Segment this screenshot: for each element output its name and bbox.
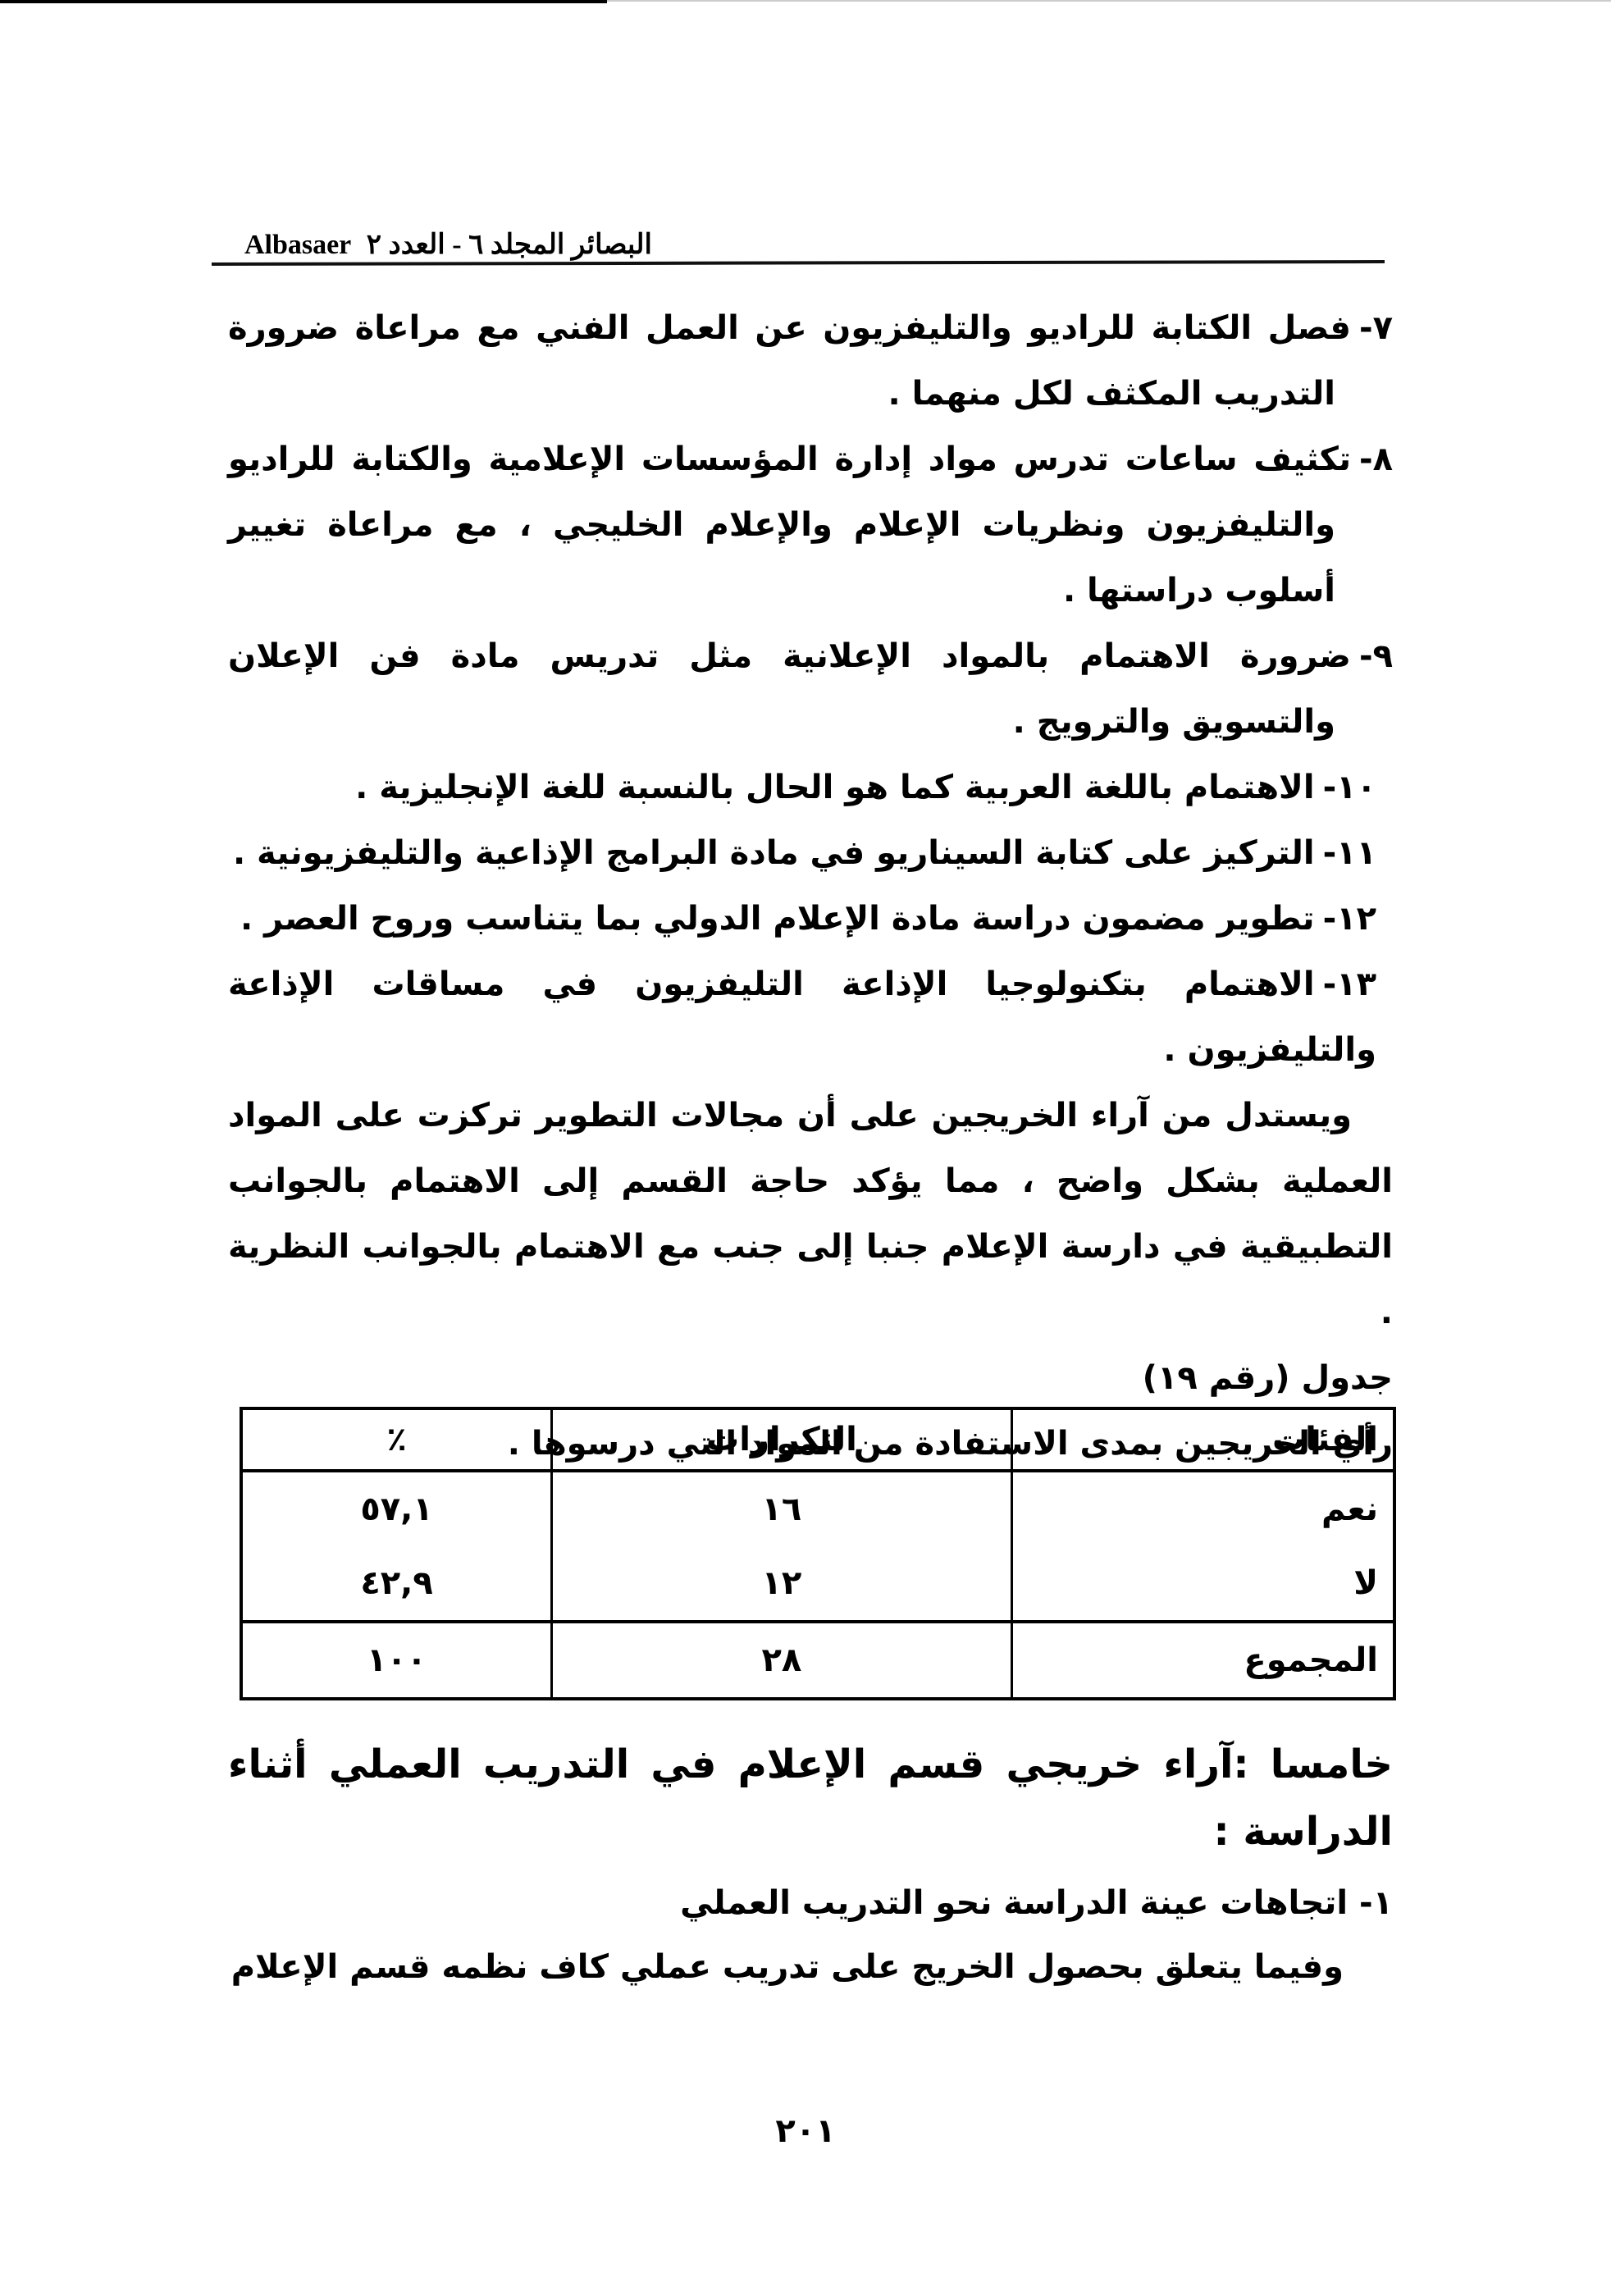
- recommendation-item-11: ١١-التركيز على كتابة السيناريو في مادة ا…: [228, 820, 1393, 886]
- table-header-row: الفئات التكرارات ٪: [241, 1408, 1394, 1471]
- cell-total-frequency: ٢٨: [552, 1622, 1012, 1699]
- item-number: ١٣-: [1323, 965, 1376, 1003]
- page-number: ٢٠١: [0, 2112, 1611, 2150]
- recommendation-item-13: ١٣-الاهتمام بتكنولوجيا الإذاعة التليفزيو…: [228, 952, 1393, 1083]
- cell-percent: ٥٧,١: [241, 1471, 552, 1546]
- header-frequency: التكرارات: [552, 1408, 1012, 1471]
- conclusion-paragraph: ويستدل من آراء الخريجين على أن مجالات ال…: [228, 1083, 1393, 1345]
- cell-total-label: المجموع: [1011, 1622, 1394, 1699]
- recommendation-item-10: ١٠-الاهتمام باللغة العربية كما هو الحال …: [228, 755, 1393, 820]
- item-text: الاهتمام بتكنولوجيا الإذاعة التليفزيون ف…: [228, 965, 1376, 1069]
- cell-frequency: ١٢: [552, 1546, 1012, 1622]
- header-percent: ٪: [241, 1408, 552, 1471]
- recommendation-item-7: ٧-فصل الكتابة للراديو والتليفزيون عن الع…: [228, 295, 1393, 427]
- item-text: الاهتمام باللغة العربية كما هو الحال بال…: [355, 769, 1314, 806]
- item-number: ٧-: [1359, 309, 1393, 347]
- recommendation-item-12: ١٢-تطوير مضمون دراسة مادة الإعلام الدولي…: [228, 886, 1393, 952]
- cell-category: نعم: [1011, 1471, 1394, 1546]
- running-header: البصائر المجلد ٦ - العدد ٢ Albasaer: [209, 228, 652, 261]
- header-category: الفئات: [1011, 1408, 1394, 1471]
- item-text: تطوير مضمون دراسة مادة الإعلام الدولي بم…: [240, 900, 1315, 938]
- cell-total-percent: ١٠٠: [241, 1622, 552, 1699]
- section-five: خامسا :آراء خريجي قسم الإعلام في التدريب…: [228, 1731, 1393, 2000]
- item-text: ضرورة الاهتمام بالمواد الإعلانية مثل تدر…: [228, 637, 1351, 741]
- recommendation-item-8: ٨-تكثيف ساعات تدرس مواد إدارة المؤسسات ا…: [228, 427, 1393, 623]
- scan-edge-faint: [607, 0, 1611, 2]
- cell-percent: ٤٢,٩: [241, 1546, 552, 1622]
- item-number: ٨-: [1359, 440, 1393, 478]
- table-row: لا ١٢ ٤٢,٩: [241, 1546, 1394, 1622]
- table-total-row: المجموع ٢٨ ١٠٠: [241, 1622, 1394, 1699]
- scan-edge-mark: [0, 0, 607, 3]
- running-header-latin: Albasaer: [244, 230, 351, 260]
- item-number: ١١-: [1323, 834, 1376, 872]
- item-text: تكثيف ساعات تدرس مواد إدارة المؤسسات الإ…: [228, 440, 1351, 609]
- item-text: فصل الكتابة للراديو والتليفزيون عن العمل…: [228, 309, 1351, 413]
- results-table: الفئات التكرارات ٪ نعم ١٦ ٥٧,١ لا ١٢ ٤٢,…: [240, 1407, 1396, 1700]
- section-heading: خامسا :آراء خريجي قسم الإعلام في التدريب…: [228, 1731, 1393, 1865]
- running-header-arabic: البصائر المجلد ٦ - العدد ٢: [367, 230, 652, 260]
- section-paragraph: وفيما يتعلق بحصول الخريج على تدريب عملي …: [228, 1934, 1393, 2000]
- table-row: نعم ١٦ ٥٧,١: [241, 1471, 1394, 1546]
- cell-category: لا: [1011, 1546, 1394, 1622]
- item-number: ٩-: [1359, 637, 1393, 675]
- table-caption: جدول (رقم ١٩): [228, 1345, 1393, 1411]
- recommendation-item-9: ٩-ضرورة الاهتمام بالمواد الإعلانية مثل ت…: [228, 623, 1393, 755]
- main-body: ٧-فصل الكتابة للراديو والتليفزيون عن الع…: [228, 295, 1393, 1477]
- item-number: ١٢-: [1323, 900, 1376, 938]
- item-text: التركيز على كتابة السيناريو في مادة البر…: [233, 834, 1315, 872]
- cell-frequency: ١٦: [552, 1471, 1012, 1546]
- section-subheading: ١- اتجاهات عينة الدراسة نحو التدريب العم…: [228, 1872, 1393, 1934]
- header-rule: [212, 260, 1385, 266]
- item-number: ١٠-: [1323, 769, 1376, 806]
